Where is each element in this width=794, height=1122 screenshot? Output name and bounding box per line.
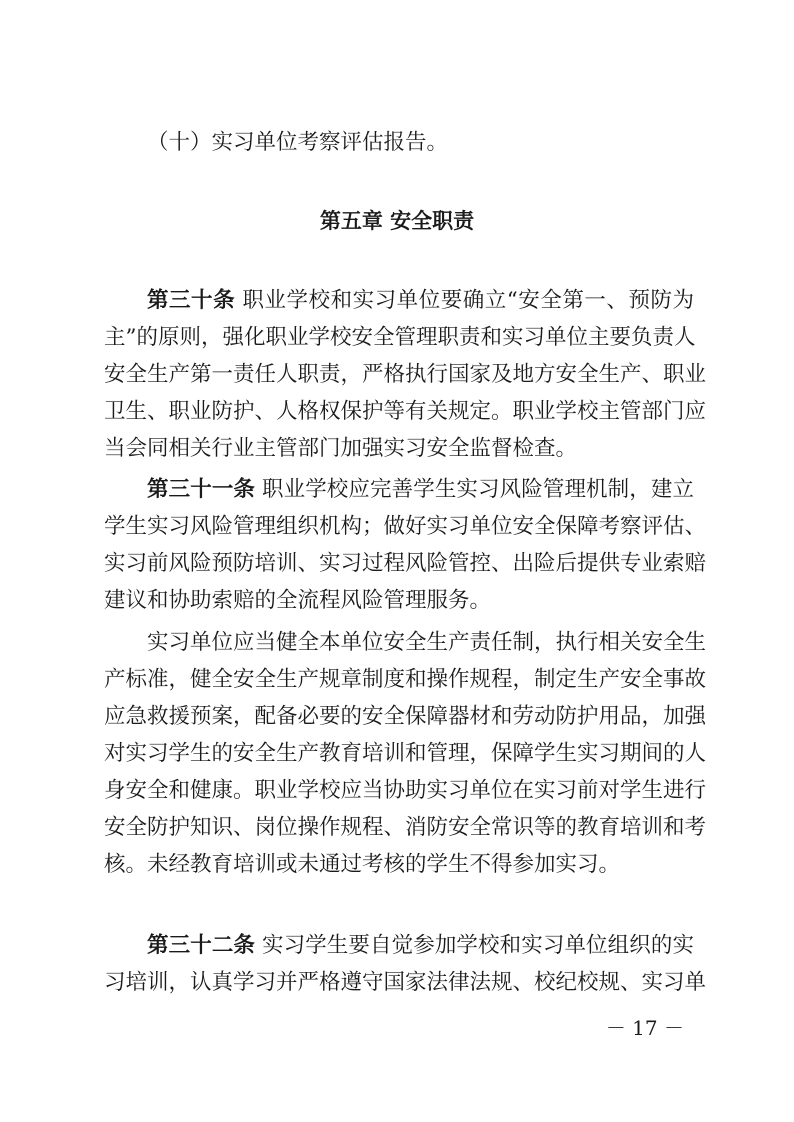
article-30-line-2: 主”的原则，强化职业学校安全管理职责和实习单位主要负责人: [104, 319, 694, 356]
article-label: 第三十条: [147, 288, 235, 313]
article-31-p2-line-7: 核。未经教育培训或未通过考核的学生不得参加实习。: [104, 846, 694, 883]
list-item-ten: （十）实习单位考察评估报告。: [104, 124, 694, 161]
article-31-p2-line-5: 身安全和健康。职业学校应当协助实习单位在实习前对学生进行: [104, 772, 694, 809]
article-31-line-2: 学生实习风险管理组织机构；做好实习单位安全保障考察评估、: [104, 508, 694, 545]
article-31-p2-line-6: 安全防护知识、岗位操作规程、消防安全常识等的教育培训和考: [104, 809, 694, 846]
article-31-p2-line-4: 对实习学生的安全生产教育培训和管理，保障学生实习期间的人: [104, 735, 694, 772]
article-32-line-2: 习培训，认真学习并严格遵守国家法律法规、校纪校规、实习单: [104, 964, 694, 1001]
article-30-line-3: 安全生产第一责任人职责，严格执行国家及地方安全生产、职业: [104, 356, 694, 393]
article-31-line-4: 建议和协助索赔的全流程风险管理服务。: [104, 582, 694, 619]
article-30-line-4: 卫生、职业防护、人格权保护等有关规定。职业学校主管部门应: [104, 393, 694, 430]
page-number: － 17 －: [606, 1013, 684, 1043]
chapter-title: 第五章 安全职责: [0, 203, 794, 240]
article-31-line-1: 第三十一条 职业学校应完善学生实习风险管理机制，建立: [104, 471, 694, 508]
article-31-line-3: 实习前风险预防培训、实习过程风险管控、出险后提供专业索赔: [104, 545, 694, 582]
article-31-p2-line-3: 应急救援预案，配备必要的安全保障器材和劳动防护用品，加强: [104, 698, 694, 735]
article-32-line-1: 第三十二条 实习学生要自觉参加学校和实习单位组织的实: [104, 927, 694, 964]
article-30-line-5: 当会同相关行业主管部门加强实习安全监督检查。: [104, 430, 694, 467]
article-31-p2-line-1: 实习单位应当健全本单位安全生产责任制，执行相关安全生: [104, 624, 694, 661]
article-31-p2-line-2: 产标准，健全安全生产规章制度和操作规程，制定生产安全事故: [104, 661, 694, 698]
article-label: 第三十一条: [147, 477, 255, 502]
article-30-line-1: 第三十条 职业学校和实习单位要确立“安全第一、预防为: [104, 282, 694, 319]
article-label: 第三十二条: [147, 933, 255, 958]
